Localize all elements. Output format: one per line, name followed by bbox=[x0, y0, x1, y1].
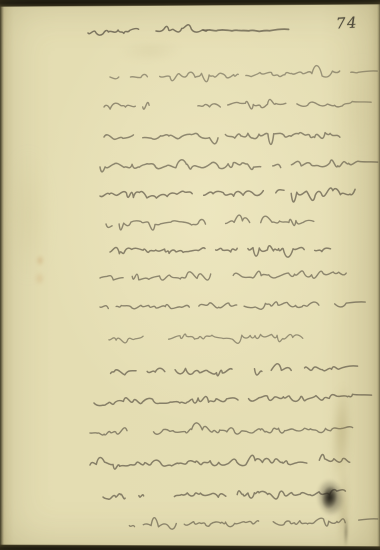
handwriting-body-line bbox=[104, 133, 340, 145]
handwriting-body-line bbox=[100, 302, 365, 309]
handwriting-body-line bbox=[129, 518, 377, 530]
handwriting-body-line bbox=[111, 364, 358, 376]
handwriting-body-line bbox=[110, 246, 331, 257]
handwriting-header-line bbox=[203, 29, 289, 31]
handwriting-body-line bbox=[110, 66, 377, 82]
scanned-manuscript-page: 74 bbox=[0, 0, 380, 550]
handwriting-body-line bbox=[100, 160, 378, 172]
handwriting-ink bbox=[0, 0, 380, 550]
handwriting-body-line bbox=[103, 490, 345, 500]
handwriting-body-line bbox=[90, 455, 350, 470]
handwriting-header-line bbox=[156, 25, 207, 32]
handwriting-body-line bbox=[94, 394, 372, 405]
handwriting-body-line bbox=[104, 99, 371, 109]
handwriting-body-line bbox=[90, 423, 353, 435]
handwriting-header-line bbox=[88, 28, 139, 35]
scan-edge-left bbox=[0, 0, 4, 550]
handwriting-body-line bbox=[109, 334, 303, 343]
handwriting-body-line bbox=[100, 271, 346, 280]
handwriting-body-line bbox=[106, 215, 328, 230]
page-number: 74 bbox=[335, 13, 358, 32]
handwriting-body-line bbox=[100, 188, 355, 202]
scan-edge-bottom bbox=[0, 544, 380, 550]
